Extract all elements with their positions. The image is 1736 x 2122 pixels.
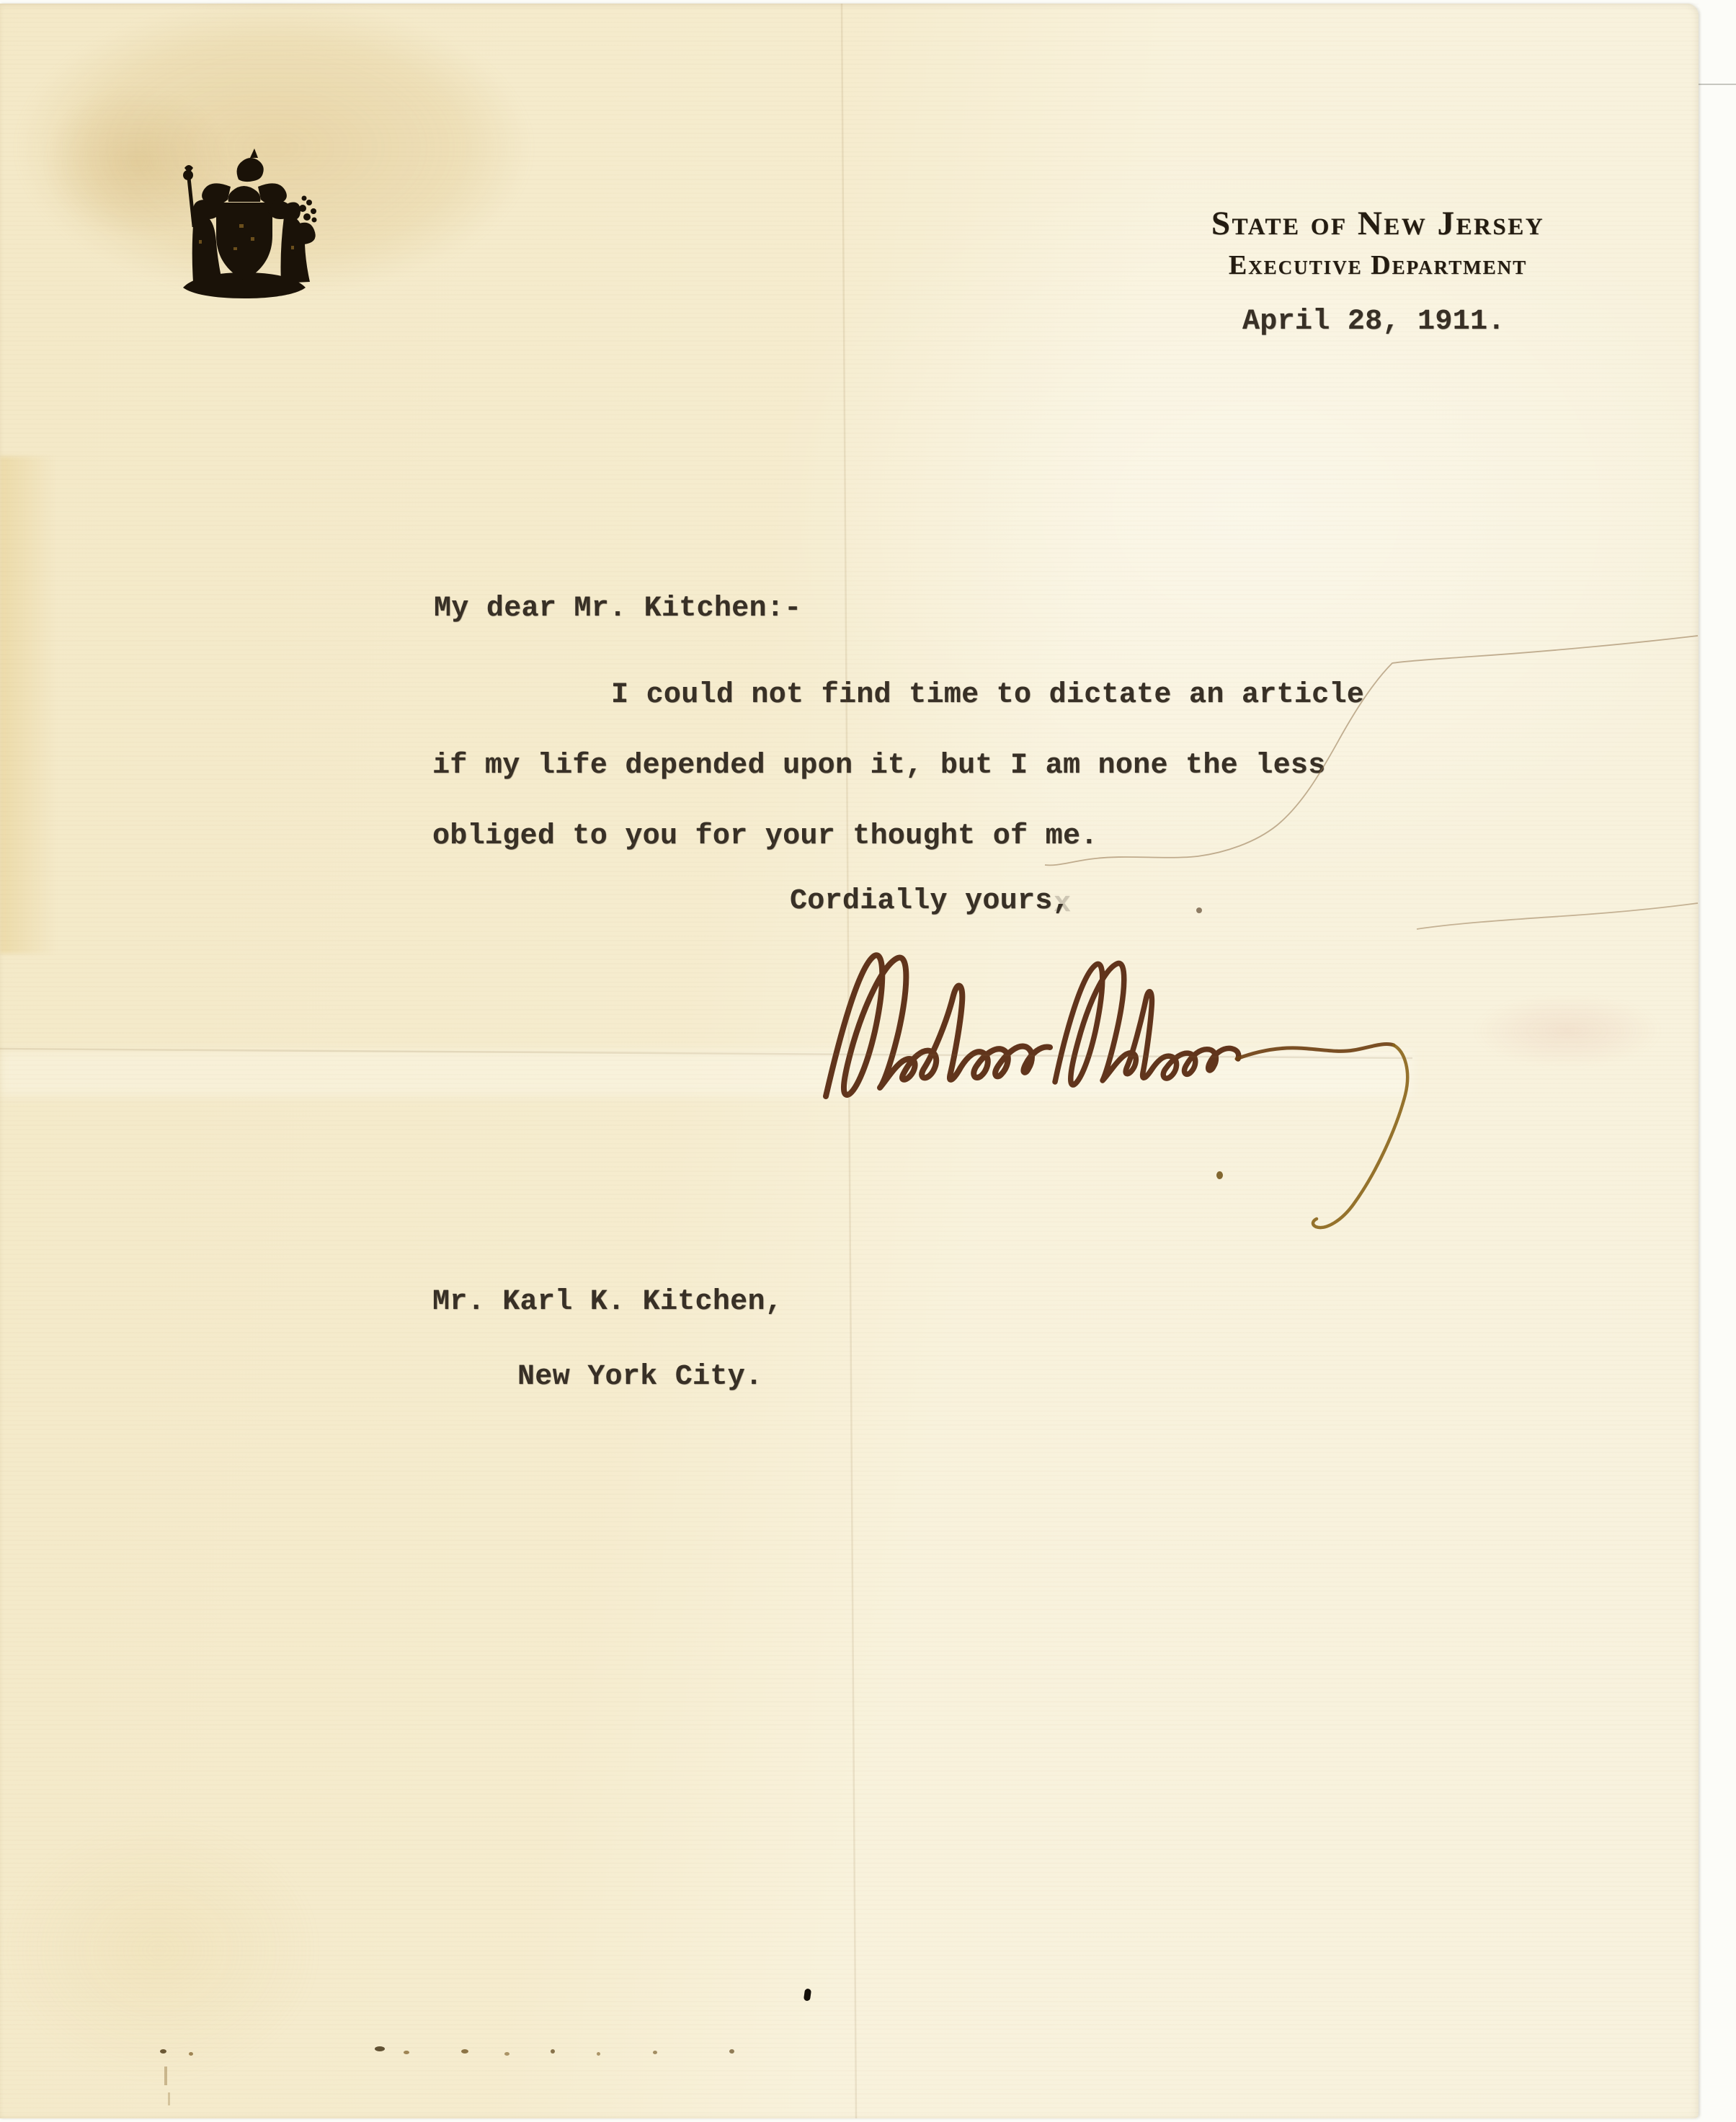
- paper-crack-lower: [1417, 903, 1698, 929]
- paper-crack-upper: [1045, 636, 1698, 865]
- vertical-fold-line: [842, 4, 856, 2118]
- letter-paper: State of New Jersey Executive Department…: [0, 4, 1699, 2118]
- crease-lines-overlay: [0, 4, 1699, 2118]
- scan-background: { "letterhead": { "state_line": "State o…: [0, 0, 1736, 2122]
- scanner-edge-line: [1698, 84, 1736, 85]
- horizontal-fold-line: [0, 1049, 1412, 1058]
- ink-droplet-mark: [1216, 1171, 1223, 1179]
